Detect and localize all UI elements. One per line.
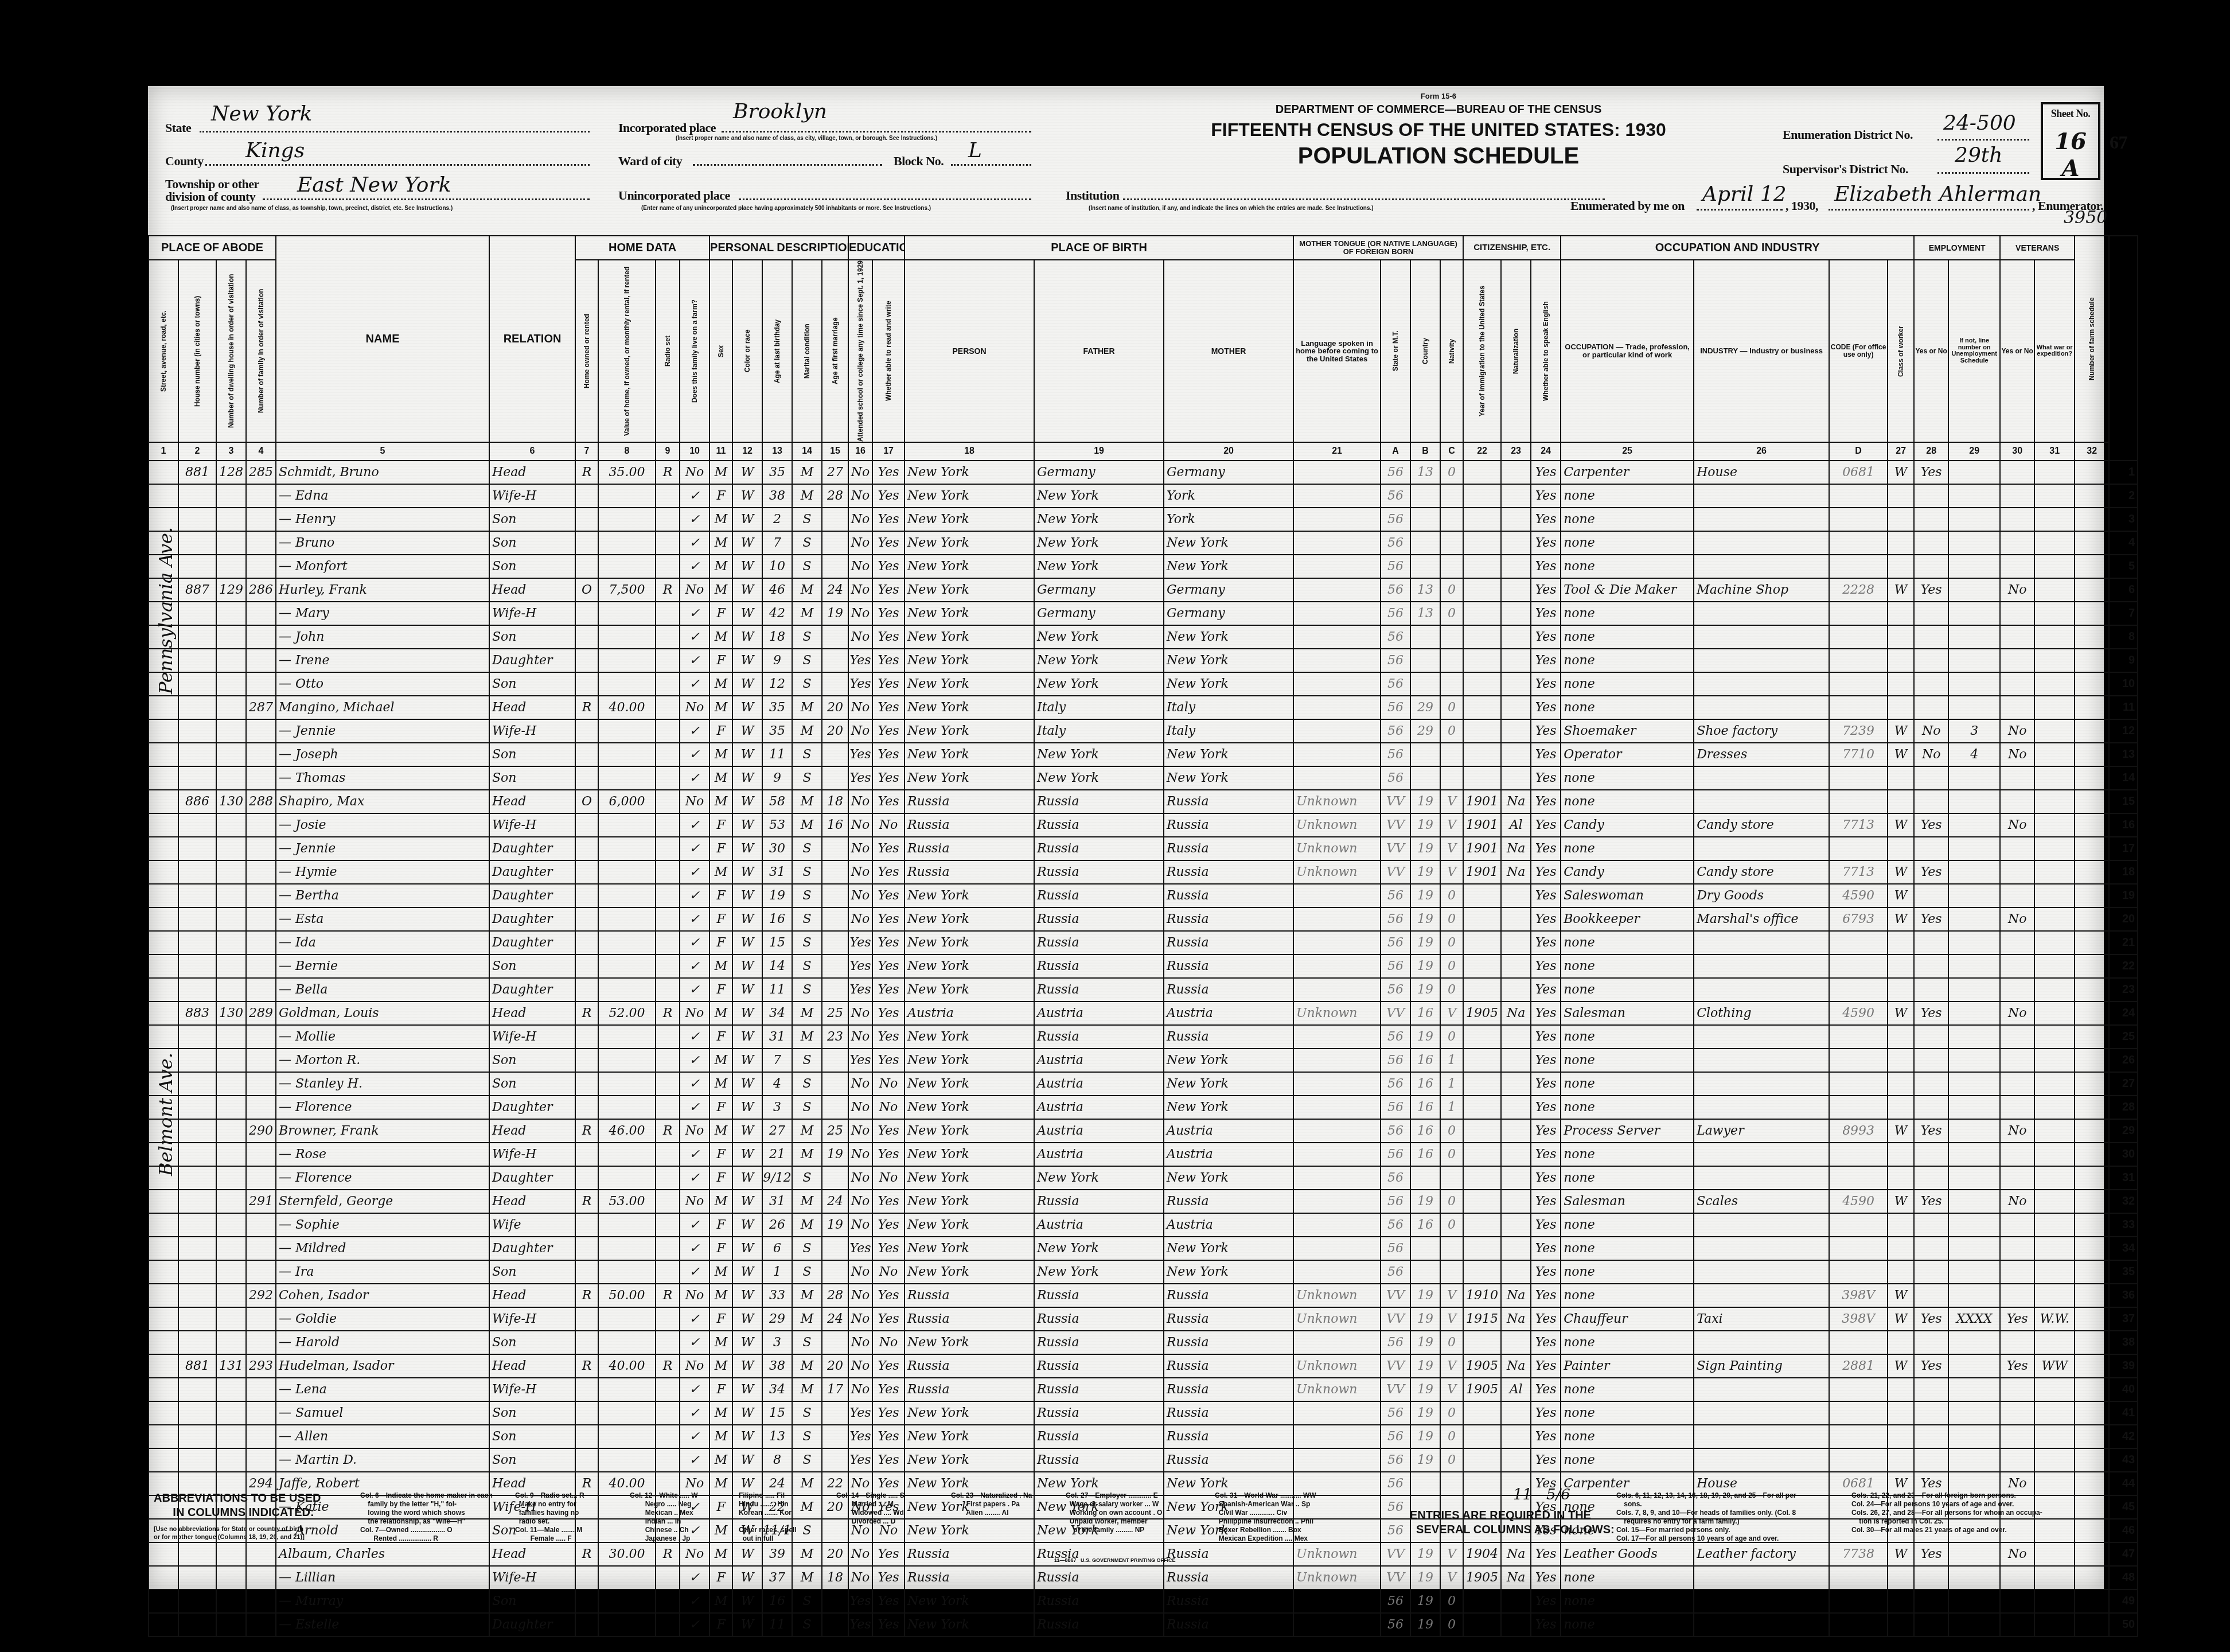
cell-pob-mother: New York [1164, 1049, 1293, 1072]
line-number: 23 [2109, 978, 2138, 1002]
cell-read: Yes [872, 743, 905, 766]
cell-farm-sched [2075, 766, 2109, 790]
cell-pob-mother: York [1164, 508, 1293, 531]
cell-vet [2000, 1284, 2034, 1307]
cell-dwelling [216, 1166, 246, 1190]
incorporated-note: (Insert proper name and also name of cla… [676, 135, 937, 142]
cell-age: 6 [762, 1237, 792, 1260]
cell-codeC [1440, 1166, 1463, 1190]
cell-name: — Sophie [276, 1213, 489, 1237]
cell-vet [2000, 1260, 2034, 1284]
cell-pob-father: New York [1034, 531, 1164, 555]
cell-pob-father: Russia [1034, 790, 1164, 813]
cell-vet [2000, 884, 2034, 907]
cell-english: Yes [1531, 1143, 1561, 1166]
cell-farm-sched [2075, 1378, 2109, 1401]
cell-vet [2000, 484, 2034, 508]
cell-unemp [1948, 672, 2000, 696]
cell-farm: ✓ [680, 837, 709, 860]
cell-marital: M [792, 1354, 822, 1378]
column-number: 15 [822, 442, 848, 461]
cell-sex: M [709, 508, 732, 531]
cell-class [1888, 837, 1914, 860]
cell-read: Yes [872, 719, 905, 743]
cell-street [149, 978, 178, 1002]
cell-tongue [1293, 954, 1381, 978]
cell-unemp [1948, 978, 2000, 1002]
cell-immig: 1905 [1463, 1378, 1501, 1401]
table-row: 291Sternfeld, GeorgeHeadR53.00NoMW31M24N… [149, 1190, 2138, 1213]
cell-radio [656, 625, 680, 649]
cell-age: 35 [762, 696, 792, 719]
cell-class [1888, 649, 1914, 672]
cell-owned: R [575, 1119, 598, 1143]
cell-read: Yes [872, 978, 905, 1002]
cell-pob-mother: New York [1164, 743, 1293, 766]
cell-natur [1501, 1072, 1531, 1096]
cell-occupation: none [1561, 531, 1694, 555]
cell-age: 18 [762, 625, 792, 649]
cell-name: — Monfort [276, 555, 489, 578]
cell-war [2034, 1002, 2075, 1025]
cell-read: No [872, 1331, 905, 1354]
cell-codeC: 0 [1440, 1425, 1463, 1448]
cell-codeA: 56 [1381, 907, 1410, 931]
cell-unemp [1948, 696, 2000, 719]
cell-school: No [848, 790, 872, 813]
cell-read: Yes [872, 860, 905, 884]
cell-farm-sched [2075, 1260, 2109, 1284]
cell-occupation: none [1561, 790, 1694, 813]
cell-farm-sched [2075, 743, 2109, 766]
unincorporated-label: Unincorporated place [618, 188, 730, 203]
cell-school: No [848, 484, 872, 508]
cell-english: Yes [1531, 766, 1561, 790]
cell-name: — Josie [276, 813, 489, 837]
cell-read: Yes [872, 1448, 905, 1472]
cell-radio [656, 1166, 680, 1190]
cell-house [178, 719, 216, 743]
table-row: — EstelleDaughter✓FW11SYesYesNew YorkRus… [149, 1613, 2138, 1637]
cell-radio [656, 1425, 680, 1448]
cell-value [598, 649, 656, 672]
cell-pob: Russia [905, 813, 1034, 837]
line-number: 1 [2109, 461, 2138, 484]
cell-value [598, 484, 656, 508]
cell-race: W [732, 461, 762, 484]
cell-farm: ✓ [680, 672, 709, 696]
cell-unemp [1948, 1331, 2000, 1354]
line-number: 42 [2109, 1425, 2138, 1448]
cell-codeA: 56 [1381, 954, 1410, 978]
cell-codeC: 0 [1440, 1589, 1463, 1613]
cell-read: Yes [872, 1425, 905, 1448]
cell-industry [1694, 1237, 1829, 1260]
cell-codeC: 1 [1440, 1049, 1463, 1072]
cell-work [1914, 978, 1948, 1002]
cell-sex: M [709, 1284, 732, 1307]
cell-immig [1463, 1613, 1501, 1637]
cell-occupation: none [1561, 696, 1694, 719]
cell-pob-mother: Russia [1164, 1378, 1293, 1401]
cell-race: W [732, 625, 762, 649]
cell-read: Yes [872, 625, 905, 649]
cell-war [2034, 719, 2075, 743]
cell-industry [1694, 1448, 1829, 1472]
cell-english: Yes [1531, 1401, 1561, 1425]
cell-pob-father: New York [1034, 649, 1164, 672]
cell-relation: Head [489, 696, 575, 719]
cell-codeA: 56 [1381, 743, 1410, 766]
column-number: 5 [276, 442, 489, 461]
cell-school: No [848, 1213, 872, 1237]
cell-pob-mother: New York [1164, 1072, 1293, 1096]
cell-industry [1694, 1589, 1829, 1613]
cell-farm-sched [2075, 860, 2109, 884]
cell-farm-sched [2075, 884, 2109, 907]
cell-relation: Daughter [489, 860, 575, 884]
cell-codeC: 0 [1440, 907, 1463, 931]
cell-industry: House [1694, 461, 1829, 484]
line-number: 11 [2109, 696, 2138, 719]
cell-occupation: none [1561, 1025, 1694, 1049]
cell-street [149, 696, 178, 719]
cell-english: Yes [1531, 743, 1561, 766]
cell-codeA: VV [1381, 813, 1410, 837]
cell-farm: ✓ [680, 1072, 709, 1096]
cell-dwelling [216, 1284, 246, 1307]
cell-work [1914, 602, 1948, 625]
cell-dwelling [216, 837, 246, 860]
cell-school: No [848, 508, 872, 531]
cell-pob: New York [905, 954, 1034, 978]
cell-dwelling: 128 [216, 461, 246, 484]
cell-pob-mother: Russia [1164, 813, 1293, 837]
cell-pob-mother: Austria [1164, 1119, 1293, 1143]
form-number: Form 15-6 [1180, 92, 1697, 100]
cell-dwelling: 130 [216, 790, 246, 813]
cell-unemp [1948, 649, 2000, 672]
cell-pob: New York [905, 1260, 1034, 1284]
line-number: 37 [2109, 1307, 2138, 1331]
cell-dwelling [216, 1307, 246, 1331]
cell-house [178, 978, 216, 1002]
column-number: 24 [1531, 442, 1561, 461]
cell-race: W [732, 790, 762, 813]
cell-pob: New York [905, 907, 1034, 931]
cell-pob-mother: Russia [1164, 1190, 1293, 1213]
cell-code [1829, 1425, 1888, 1448]
cell-street [149, 625, 178, 649]
cell-pob-mother: York [1164, 484, 1293, 508]
incorporated-label: Incorporated place [618, 120, 716, 135]
cell-pob: Russia [905, 1307, 1034, 1331]
cell-unemp [1948, 1096, 2000, 1119]
cell-read: No [872, 1096, 905, 1119]
cell-natur [1501, 1589, 1531, 1613]
cell-tongue [1293, 1072, 1381, 1096]
cell-war [2034, 461, 2075, 484]
cell-tongue: Unknown [1293, 1307, 1381, 1331]
cell-value: 50.00 [598, 1284, 656, 1307]
cell-code [1829, 696, 1888, 719]
cell-tongue [1293, 625, 1381, 649]
cell-sex: F [709, 719, 732, 743]
cell-family [246, 1096, 276, 1119]
cell-read: Yes [872, 1401, 905, 1425]
cell-tongue [1293, 884, 1381, 907]
cell-marital: S [792, 1589, 822, 1613]
cell-tongue [1293, 696, 1381, 719]
cell-read: No [872, 1166, 905, 1190]
cell-class [1888, 1143, 1914, 1166]
cell-immig [1463, 1025, 1501, 1049]
cell-codeC [1440, 1237, 1463, 1260]
col-7-header: Home owned or rented [575, 260, 598, 442]
cell-marital: M [792, 790, 822, 813]
cell-war [2034, 1448, 2075, 1472]
cell-relation: Head [489, 1284, 575, 1307]
cell-relation: Wife-H [489, 1143, 575, 1166]
cell-pob: New York [905, 461, 1034, 484]
cell-codeC: V [1440, 860, 1463, 884]
cell-age-marr [822, 837, 848, 860]
cell-code [1829, 1613, 1888, 1637]
cell-dwelling [216, 1589, 246, 1613]
cell-war [2034, 1072, 2075, 1096]
cell-immig [1463, 1448, 1501, 1472]
cell-work: No [1914, 743, 1948, 766]
cell-name: Mangino, Michael [276, 696, 489, 719]
cell-war [2034, 1237, 2075, 1260]
cell-codeB: 29 [1410, 696, 1440, 719]
cell-farm: ✓ [680, 649, 709, 672]
cell-immig: 1901 [1463, 813, 1501, 837]
cell-family [246, 1401, 276, 1425]
cell-farm-sched [2075, 1401, 2109, 1425]
cell-industry [1694, 1166, 1829, 1190]
cell-occupation: Painter [1561, 1354, 1694, 1378]
cell-family [246, 1143, 276, 1166]
cell-tongue: Unknown [1293, 1378, 1381, 1401]
cell-name: Hudelman, Isador [276, 1354, 489, 1378]
table-row: — EdnaWife-H✓FW38M28NoYesNew YorkNew Yor… [149, 484, 2138, 508]
cell-work [1914, 625, 1948, 649]
cell-occupation: none [1561, 1425, 1694, 1448]
cell-age-marr: 24 [822, 1190, 848, 1213]
cell-pob-mother: New York [1164, 766, 1293, 790]
cell-marital: S [792, 1096, 822, 1119]
cell-code: 398V [1829, 1284, 1888, 1307]
cell-read: Yes [872, 1284, 905, 1307]
cell-english: Yes [1531, 1448, 1561, 1472]
cell-class [1888, 1613, 1914, 1637]
column-number-row: 123456789101112131415161718192021ABC2223… [149, 442, 2138, 461]
cell-age-marr: 20 [822, 1354, 848, 1378]
table-row: 883130289Goldman, LouisHeadR52.00RNoMW34… [149, 1002, 2138, 1025]
col-12-header: Color or race [732, 260, 762, 442]
cell-sex: M [709, 1401, 732, 1425]
cell-age-marr [822, 625, 848, 649]
table-row: — SamuelSon✓MW15SYesYesNew YorkRussiaRus… [149, 1401, 2138, 1425]
cell-school: No [848, 1378, 872, 1401]
cell-class [1888, 1589, 1914, 1613]
cell-radio [656, 1331, 680, 1354]
cell-owned [575, 1072, 598, 1096]
group-tongue: MOTHER TONGUE (OR NATIVE LANGUAGE) OF FO… [1293, 236, 1463, 260]
cell-read: Yes [872, 508, 905, 531]
cell-farm-sched [2075, 931, 2109, 954]
cell-immig [1463, 1072, 1501, 1096]
cell-code: 7239 [1829, 719, 1888, 743]
cell-dwelling [216, 672, 246, 696]
cell-age: 30 [762, 837, 792, 860]
cell-immig [1463, 696, 1501, 719]
entries-title: ENTRIES ARE REQUIRED IN THE SEVERAL COLU… [1410, 1509, 1615, 1537]
cell-house [178, 1331, 216, 1354]
table-row: — MildredDaughter✓FW6SYesYesNew YorkNew … [149, 1237, 2138, 1260]
cell-work [1914, 931, 1948, 954]
cell-pob-mother: Russia [1164, 837, 1293, 860]
cell-farm: No [680, 1284, 709, 1307]
cell-occupation: none [1561, 1072, 1694, 1096]
cell-family: 292 [246, 1284, 276, 1307]
cell-industry [1694, 1425, 1829, 1448]
cell-family: 289 [246, 1002, 276, 1025]
cell-sex: M [709, 578, 732, 602]
cell-race: W [732, 1307, 762, 1331]
cell-dwelling [216, 1143, 246, 1166]
cell-immig: 1915 [1463, 1307, 1501, 1331]
corner-note: 3950 [2064, 208, 2107, 228]
cell-immig: 1910 [1463, 1284, 1501, 1307]
cell-codeB: 16 [1410, 1213, 1440, 1237]
cell-age-marr [822, 931, 848, 954]
cell-street [149, 1049, 178, 1072]
cell-radio [656, 837, 680, 860]
cell-age: 31 [762, 1190, 792, 1213]
cell-house [178, 766, 216, 790]
cell-age: 4 [762, 1072, 792, 1096]
abbrev-col14: Col. 14—Single ..... S Married .... M Wi… [836, 1491, 905, 1526]
table-row: — BernieSon✓MW14SYesYesNew YorkRussiaRus… [149, 954, 2138, 978]
cell-unemp [1948, 1589, 2000, 1613]
cell-house [178, 696, 216, 719]
cell-name: — Hymie [276, 860, 489, 884]
cell-war [2034, 954, 2075, 978]
cell-english: Yes [1531, 649, 1561, 672]
cell-relation: Wife [489, 1213, 575, 1237]
cell-pob-father: Russia [1034, 1401, 1164, 1425]
cell-marital: S [792, 1401, 822, 1425]
cell-industry [1694, 1072, 1829, 1096]
cell-war [2034, 1213, 2075, 1237]
cell-race: W [732, 884, 762, 907]
cell-codeB: 19 [1410, 1613, 1440, 1637]
cell-codeC: 0 [1440, 884, 1463, 907]
cell-pob-father: Austria [1034, 1213, 1164, 1237]
cell-house [178, 1143, 216, 1166]
cell-street [149, 837, 178, 860]
cell-codeC: 0 [1440, 1025, 1463, 1049]
table-row: — IdaDaughter✓FW15SYesYesNew YorkRussiaR… [149, 931, 2138, 954]
cell-name: — Joseph [276, 743, 489, 766]
cell-tongue [1293, 719, 1381, 743]
cell-age: 31 [762, 860, 792, 884]
cell-farm: ✓ [680, 743, 709, 766]
cell-code [1829, 602, 1888, 625]
cell-farm-sched [2075, 1119, 2109, 1143]
col-1-header: Street, avenue, road, etc. [149, 260, 178, 442]
cell-owned [575, 649, 598, 672]
cell-codeA: VV [1381, 837, 1410, 860]
cell-immig [1463, 907, 1501, 931]
cell-english: Yes [1531, 625, 1561, 649]
cell-farm: ✓ [680, 884, 709, 907]
cell-industry [1694, 1284, 1829, 1307]
line-number: 20 [2109, 907, 2138, 931]
cell-pob-father: Russia [1034, 1378, 1164, 1401]
cell-immig [1463, 884, 1501, 907]
cell-english: Yes [1531, 1166, 1561, 1190]
cell-pob: Austria [905, 1002, 1034, 1025]
cell-occupation: Salesman [1561, 1002, 1694, 1025]
cell-pob-father: Italy [1034, 696, 1164, 719]
cell-pob: New York [905, 884, 1034, 907]
cell-unemp [1948, 954, 2000, 978]
cell-school: No [848, 625, 872, 649]
cell-vet [2000, 1025, 2034, 1049]
cell-codeC: 0 [1440, 1190, 1463, 1213]
cell-house [178, 1072, 216, 1096]
cell-work [1914, 837, 1948, 860]
cell-tongue [1293, 1613, 1381, 1637]
cell-tongue [1293, 1425, 1381, 1448]
cell-industry: Marshal's office [1694, 907, 1829, 931]
table-row: — Morton R.Son✓MW7SYesYesNew YorkAustria… [149, 1049, 2138, 1072]
column-number: 1 [149, 442, 178, 461]
cell-school: No [848, 884, 872, 907]
cell-work [1914, 1143, 1948, 1166]
cell-pob: Russia [905, 860, 1034, 884]
cell-race: W [732, 696, 762, 719]
cell-owned [575, 1589, 598, 1613]
cell-farm: No [680, 578, 709, 602]
cell-radio [656, 649, 680, 672]
cell-age-marr [822, 1589, 848, 1613]
cell-pob-father: Russia [1034, 1025, 1164, 1049]
cell-radio [656, 1143, 680, 1166]
cell-farm-sched [2075, 1307, 2109, 1331]
cell-street [149, 790, 178, 813]
cell-farm-sched [2075, 907, 2109, 931]
cell-family [246, 1049, 276, 1072]
cell-name: — Goldie [276, 1307, 489, 1331]
cell-class [1888, 555, 1914, 578]
cell-farm: ✓ [680, 1260, 709, 1284]
cell-pob-father: New York [1034, 766, 1164, 790]
cell-codeB: 16 [1410, 1119, 1440, 1143]
cell-codeC: 0 [1440, 1401, 1463, 1425]
cell-sex: M [709, 1425, 732, 1448]
cell-vet [2000, 860, 2034, 884]
cell-pob-mother: Russia [1164, 1025, 1293, 1049]
cell-tongue [1293, 555, 1381, 578]
cell-value [598, 672, 656, 696]
cell-dwelling [216, 813, 246, 837]
cell-industry [1694, 1378, 1829, 1401]
cell-sex: F [709, 884, 732, 907]
